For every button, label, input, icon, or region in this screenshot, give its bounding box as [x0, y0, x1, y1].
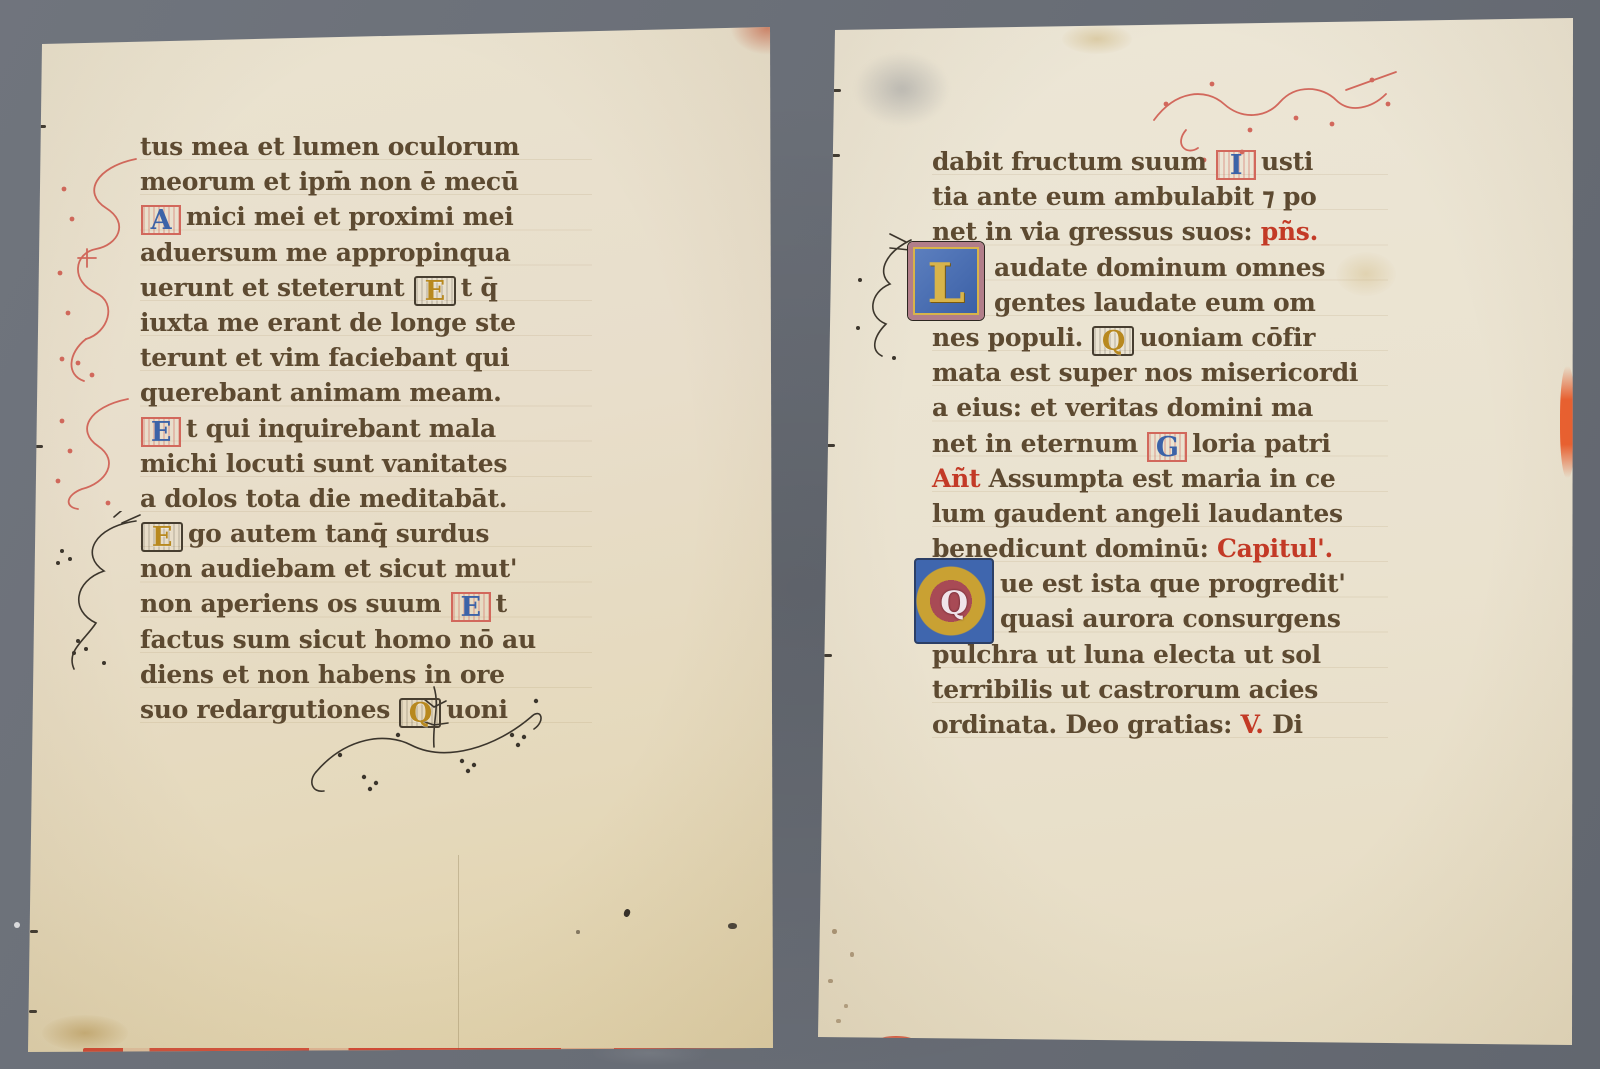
- manuscript-text-line: tus mea et lumen oculorum: [140, 129, 592, 164]
- left-page-textblock: tus mea et lumen oculorummeorum et ipm̄ …: [140, 129, 592, 727]
- speckle: [850, 952, 854, 957]
- sewing-notch: [824, 654, 832, 657]
- ink-speck: [576, 930, 580, 934]
- speckle: [844, 1004, 848, 1008]
- illuminated-initial: E: [141, 417, 181, 447]
- manuscript-text-line: benedicunt dominū: Capitul'.: [932, 531, 1388, 566]
- manuscript-text-line: aduersum me appropinqua: [140, 235, 592, 270]
- text-run: a eius: et veritas domini ma: [932, 393, 1313, 422]
- manuscript-text-line: nes populi. Quoniam cōfir: [932, 320, 1388, 355]
- text-run: t: [496, 589, 507, 618]
- text-run: non audiebam et sicut mut': [140, 554, 517, 583]
- manuscript-leaf-left: tus mea et lumen oculorummeorum et ipm̄ …: [28, 25, 776, 1055]
- text-run: meorum et ipm̄ non ē mecū: [140, 167, 519, 196]
- red-penwork-flourish: [48, 153, 148, 388]
- text-run: t qui inquirebant mala: [186, 414, 496, 443]
- stain: [42, 1015, 128, 1051]
- manuscript-text-line: querebant animam meam.: [140, 375, 592, 410]
- manuscript-text-line: factus sum sicut homo nō au: [140, 622, 592, 657]
- manuscript-text-line: terunt et vim faciebant qui: [140, 340, 592, 375]
- manuscript-text-line: Añt Assumpta est maria in ce: [932, 461, 1388, 496]
- text-run: non aperiens os suum: [140, 589, 450, 618]
- manuscript-text-line: diens et non habens in ore: [140, 657, 592, 692]
- text-run: terunt et vim faciebant qui: [140, 343, 509, 372]
- text-run: loria patri: [1192, 429, 1330, 458]
- manuscript-text-line: net in via gressus suos: pñs.: [932, 214, 1388, 249]
- speckle: [836, 1019, 841, 1023]
- text-run: factus sum sicut homo nō au: [140, 625, 536, 654]
- text-run: Di: [1264, 710, 1303, 739]
- illuminated-initial: A: [141, 205, 181, 235]
- text-run: Assumpta est maria in ce: [989, 464, 1336, 493]
- ink-speck: [623, 908, 631, 918]
- manuscript-text-line: michi locuti sunt vanitates: [140, 446, 592, 481]
- text-run: diens et non habens in ore: [140, 660, 505, 689]
- manuscript-text-line: Ego autem tanq̄ surdus: [140, 516, 592, 551]
- illuminated-initial: Q: [1092, 326, 1134, 356]
- text-run: ordinata. Deo gratias:: [932, 710, 1241, 739]
- rubric-text-run: Capitul'.: [1217, 534, 1333, 563]
- red-corner-tint: [730, 25, 774, 55]
- manuscript-text-line: Laudate dominum omnes: [932, 250, 1388, 285]
- illuminated-initial: Q: [399, 698, 441, 728]
- manuscript-text-line: lum gaudent angeli laudantes: [932, 496, 1388, 531]
- crease: [458, 855, 459, 1069]
- illuminated-initial: I: [1216, 150, 1256, 180]
- text-run: go autem tanq̄ surdus: [188, 519, 489, 548]
- manuscript-text-line: Amici mei et proximi mei: [140, 199, 592, 234]
- manuscript-text-line: meorum et ipm̄ non ē mecū: [140, 164, 592, 199]
- manuscript-text-line: tia ante eum ambulabit ⁊ po: [932, 179, 1388, 214]
- text-run: dabit fructum suum: [932, 147, 1215, 176]
- black-penwork-flourish: [44, 511, 154, 676]
- red-penwork-flourish: [48, 391, 143, 513]
- manuscript-text-line: iuxta me erant de longe ste: [140, 305, 592, 340]
- manuscript-text-line: gentes laudate eum om: [932, 285, 1388, 320]
- speckle: [832, 929, 837, 934]
- rubric-text-run: pñs.: [1261, 217, 1318, 246]
- sewing-notch: [832, 154, 840, 157]
- text-run: terribilis ut castrorum acies: [932, 675, 1318, 704]
- illuminated-initial: E: [414, 276, 456, 306]
- text-run: uoniam cōfir: [1139, 323, 1315, 352]
- text-run: mici mei et proximi mei: [186, 202, 513, 231]
- manuscript-text-line: Et qui inquirebant mala: [140, 411, 592, 446]
- text-run: mata est super nos misericordi: [932, 358, 1358, 387]
- text-run: tia ante eum ambulabit ⁊ po: [932, 182, 1317, 211]
- illuminated-initial: E: [451, 592, 491, 622]
- illuminated-initial: G: [1147, 432, 1187, 462]
- manuscript-text-line: suo redargutiones Quoni: [140, 692, 592, 727]
- text-run: t q̄: [461, 273, 498, 302]
- text-run: usti: [1261, 147, 1313, 176]
- manuscript-text-line: mata est super nos misericordi: [932, 355, 1388, 390]
- illuminated-initial: E: [141, 522, 183, 552]
- gray-smudge: [854, 52, 950, 126]
- manuscript-text-line: dabit fructum suum Iusti: [932, 144, 1388, 179]
- manuscript-text-line: uerunt et steterunt Et q̄: [140, 270, 592, 305]
- text-run: suo redargutiones: [140, 695, 398, 724]
- text-run: a dolos tota die meditabāt.: [140, 484, 507, 513]
- text-run: michi locuti sunt vanitates: [140, 449, 507, 478]
- text-run: querebant animam meam.: [140, 378, 502, 407]
- manuscript-text-line: net in eternum Gloria patri: [932, 426, 1388, 461]
- right-page-textblock: dabit fructum suum Iustitia ante eum amb…: [932, 144, 1388, 742]
- text-run: ue est ista que progredit': [1000, 569, 1346, 598]
- manuscript-text-line: non aperiens os suum Et: [140, 586, 592, 621]
- manuscript-text-line: a eius: et veritas domini ma: [932, 390, 1388, 425]
- text-run: pulchra ut luna electa ut sol: [932, 640, 1321, 669]
- manuscript-text-line: ordinata. Deo gratias: V. Di: [932, 707, 1388, 742]
- text-run: quasi aurora consurgens: [1000, 604, 1341, 633]
- manuscript-text-line: pulchra ut luna electa ut sol: [932, 637, 1388, 672]
- sewing-notch: [29, 1010, 37, 1013]
- manuscript-leaf-right: dabit fructum suum Iustitia ante eum amb…: [816, 14, 1576, 1050]
- text-run: iuxta me erant de longe ste: [140, 308, 516, 337]
- manuscript-text-line: a dolos tota die meditabāt.: [140, 481, 592, 516]
- text-run: lum gaudent angeli laudantes: [932, 499, 1343, 528]
- manuscript-text-line: terribilis ut castrorum acies: [932, 672, 1388, 707]
- manuscript-text-line: quasi aurora consurgens: [932, 601, 1388, 636]
- text-run: gentes laudate eum om: [994, 288, 1316, 317]
- text-run: aduersum me appropinqua: [140, 238, 511, 267]
- speckle: [828, 979, 833, 983]
- text-run: net in eternum: [932, 429, 1146, 458]
- manuscript-text-line: Que est ista que progredit': [932, 566, 1388, 601]
- ink-speck: [728, 923, 737, 929]
- text-run: uerunt et steterunt: [140, 273, 413, 302]
- text-run: uoni: [446, 695, 507, 724]
- sewing-notch: [30, 930, 38, 933]
- text-run: tus mea et lumen oculorum: [140, 132, 519, 161]
- text-run: nes populi.: [932, 323, 1091, 352]
- sewing-notch: [833, 89, 841, 92]
- sewing-notch: [827, 444, 835, 447]
- text-run: audate dominum omnes: [994, 253, 1325, 282]
- stain: [1062, 24, 1132, 54]
- manuscript-text-line: non audiebam et sicut mut': [140, 551, 592, 586]
- rubric-text-run: Añt: [932, 464, 989, 493]
- rubric-text-run: V.: [1241, 710, 1264, 739]
